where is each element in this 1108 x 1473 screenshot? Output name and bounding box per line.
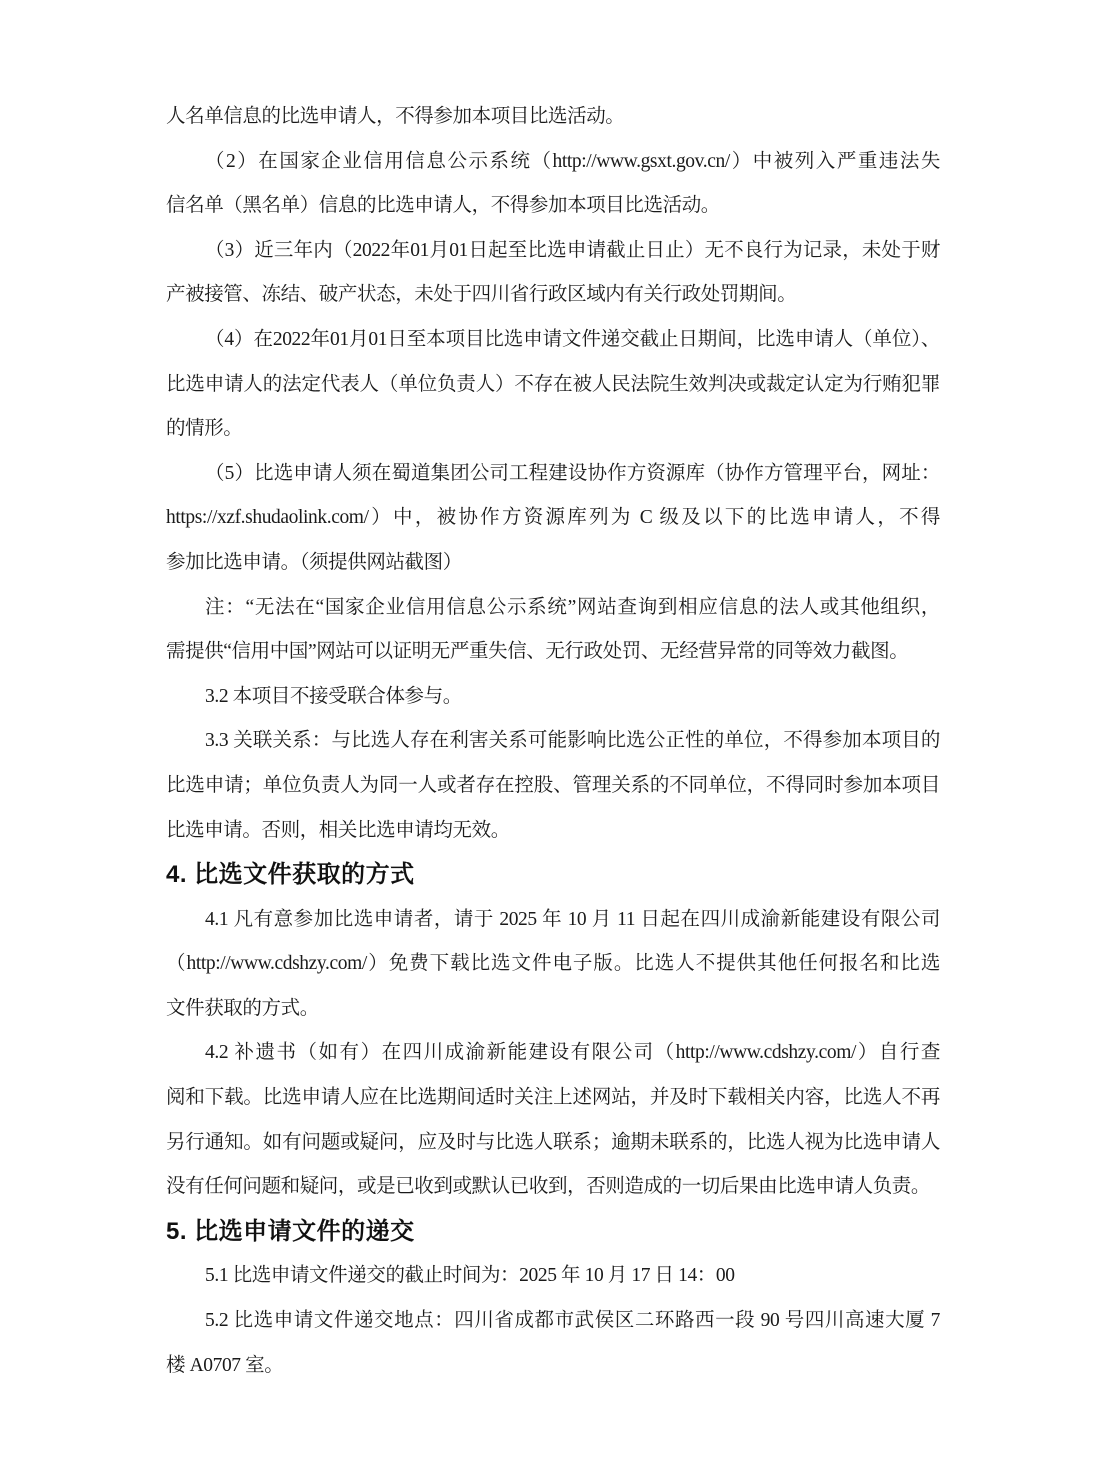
doc-line: 产被接管、冻结、破产状态，未处于四川省行政区域内有关行政处罚期间。	[166, 273, 940, 318]
doc-line: （4）在2022年01月01日至本项目比选申请文件递交截止日期间，比选申请人（单…	[166, 318, 940, 363]
doc-line: 3.3 关联关系：与比选人存在利害关系可能影响比选公正性的单位，不得参加本项目的	[166, 719, 940, 764]
paragraph-continuation: 人名单信息的比选申请人，不得参加本项目比选活动。	[166, 95, 940, 140]
clause-4-bribery: （4）在2022年01月01日至本项目比选申请文件递交截止日期间，比选申请人（单…	[166, 318, 940, 452]
document-body: 人名单信息的比选申请人，不得参加本项目比选活动。 （2）在国家企业信用信息公示系…	[166, 95, 940, 1388]
doc-line: 3.2 本项目不接受联合体参与。	[166, 675, 940, 720]
doc-line: 文件获取的方式。	[166, 987, 940, 1032]
clause-3-3-affiliation: 3.3 关联关系：与比选人存在利害关系可能影响比选公正性的单位，不得参加本项目的…	[166, 719, 940, 853]
clause-5-2-address: 5.2 比选申请文件递交地点：四川省成都市武侯区二环路西一段 90 号四川高速大…	[166, 1299, 940, 1388]
clause-3-2-no-consortium: 3.2 本项目不接受联合体参与。	[166, 675, 940, 720]
doc-line: 楼 A0707 室。	[166, 1344, 940, 1389]
doc-line: https://xzf.shudaolink.com/）中，被协作方资源库列为 …	[166, 496, 940, 541]
doc-line: （5）比选申请人须在蜀道集团公司工程建设协作方资源库（协作方管理平台，网址：	[166, 452, 940, 497]
doc-line: 没有任何问题和疑问，或是已收到或默认已收到，否则造成的一切后果由比选申请人负责。	[166, 1165, 940, 1210]
doc-line: 人名单信息的比选申请人，不得参加本项目比选活动。	[166, 95, 940, 140]
doc-line: 5.2 比选申请文件递交地点：四川省成都市武侯区二环路西一段 90 号四川高速大…	[166, 1299, 940, 1344]
doc-line: 需提供“信用中国”网站可以证明无严重失信、无行政处罚、无经营异常的同等效力截图。	[166, 630, 940, 675]
doc-line: 另行通知。如有问题或疑问，应及时与比选人联系；逾期未联系的，比选人视为比选申请人	[166, 1121, 940, 1166]
doc-line: 的情形。	[166, 407, 940, 452]
clause-5-resource-pool: （5）比选申请人须在蜀道集团公司工程建设协作方资源库（协作方管理平台，网址： h…	[166, 452, 940, 586]
note-credit-china: 注：“无法在“国家企业信用信息公示系统”网站查询到相应信息的法人或其他组织， 需…	[166, 586, 940, 675]
document-page: 人名单信息的比选申请人，不得参加本项目比选活动。 （2）在国家企业信用信息公示系…	[0, 0, 1108, 1473]
doc-line: 4.1 凡有意参加比选申请者，请于 2025 年 10 月 11 日起在四川成渝…	[166, 898, 940, 943]
doc-line: （3）近三年内（2022年01月01日起至比选申请截止日止）无不良行为记录，未处…	[166, 229, 940, 274]
section-4-heading: 4. 比选文件获取的方式	[166, 853, 940, 898]
doc-line: 比选申请。否则，相关比选申请均无效。	[166, 809, 940, 854]
doc-line: 比选申请；单位负责人为同一人或者存在控股、管理关系的不同单位，不得同时参加本项目	[166, 764, 940, 809]
clause-4-2-addendum: 4.2 补遗书（如有）在四川成渝新能建设有限公司（http://www.cdsh…	[166, 1031, 940, 1209]
doc-line: 比选申请人的法定代表人（单位负责人）不存在被人民法院生效判决或裁定认定为行贿犯罪	[166, 363, 940, 408]
clause-5-1-deadline: 5.1 比选申请文件递交的截止时间为：2025 年 10 月 17 日 14：0…	[166, 1254, 940, 1299]
doc-line: 参加比选申请。（须提供网站截图）	[166, 541, 940, 586]
doc-line: 阅和下载。比选申请人应在比选期间适时关注上述网站，并及时下载相关内容，比选人不再	[166, 1076, 940, 1121]
doc-line: （2）在国家企业信用信息公示系统（http://www.gsxt.gov.cn/…	[166, 140, 940, 185]
doc-line: 信名单（黑名单）信息的比选申请人，不得参加本项目比选活动。	[166, 184, 940, 229]
clause-3-bad-records: （3）近三年内（2022年01月01日起至比选申请截止日止）无不良行为记录，未处…	[166, 229, 940, 318]
section-5-heading: 5. 比选申请文件的递交	[166, 1210, 940, 1255]
doc-line: （http://www.cdshzy.com/）免费下载比选文件电子版。比选人不…	[166, 942, 940, 987]
clause-4-1-download: 4.1 凡有意参加比选申请者，请于 2025 年 10 月 11 日起在四川成渝…	[166, 898, 940, 1032]
doc-line: 5.1 比选申请文件递交的截止时间为：2025 年 10 月 17 日 14：0…	[166, 1254, 940, 1299]
doc-line: 4.2 补遗书（如有）在四川成渝新能建设有限公司（http://www.cdsh…	[166, 1031, 940, 1076]
clause-2-credit-blacklist: （2）在国家企业信用信息公示系统（http://www.gsxt.gov.cn/…	[166, 140, 940, 229]
doc-line: 注：“无法在“国家企业信用信息公示系统”网站查询到相应信息的法人或其他组织，	[166, 586, 940, 631]
